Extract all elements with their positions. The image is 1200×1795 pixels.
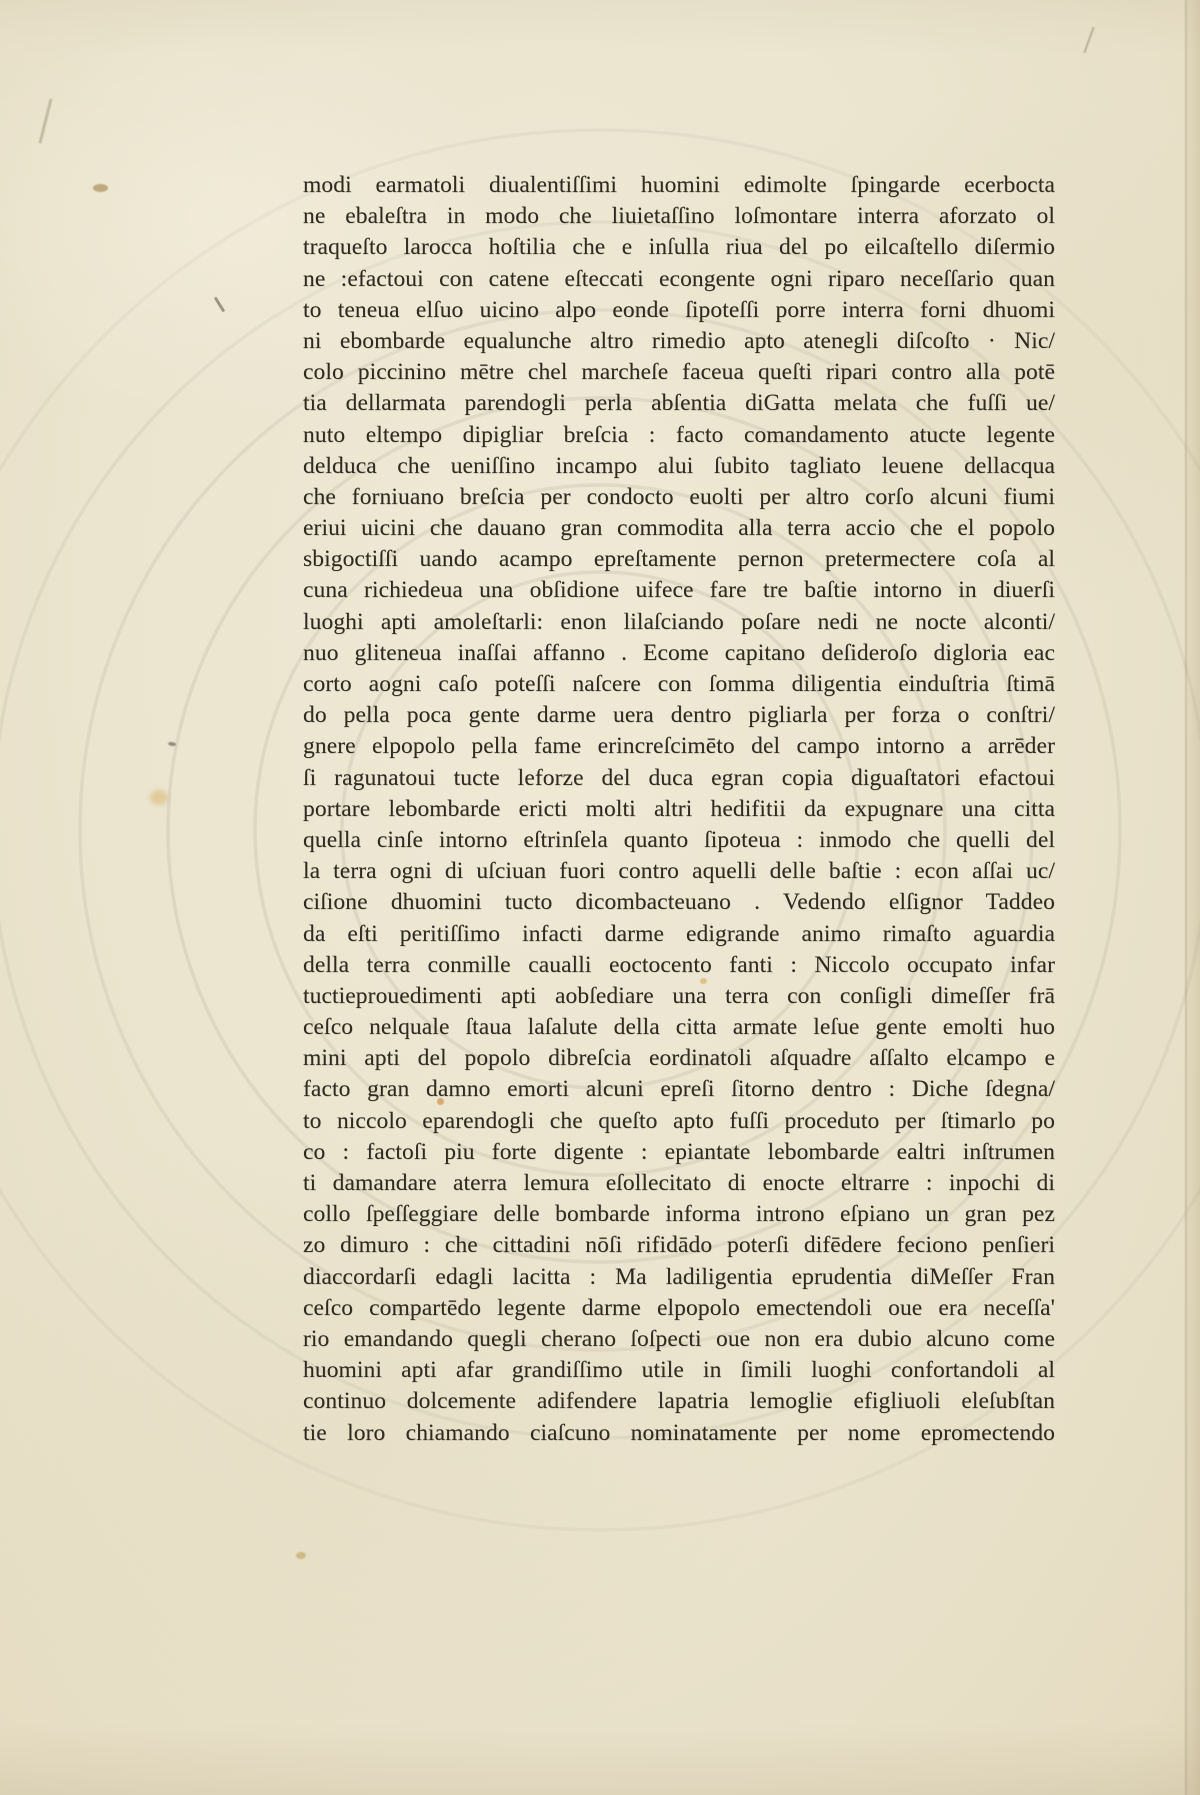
text-line: ceſco compartēdo legente darme elpopolo … — [303, 1293, 1055, 1324]
text-line: to teneua elſuo uicino alpo eonde ſipote… — [303, 295, 1055, 326]
text-line: huomini apti afar grandiſſimo utile in ſ… — [303, 1355, 1055, 1386]
text-line: corto aogni caſo poteſſi naſcere con ſom… — [303, 669, 1055, 700]
text-line: nuo gliteneua inaſſai affanno . Ecome ca… — [303, 638, 1055, 669]
text-line: collo ſpeſſeggiare delle bombarde inform… — [303, 1199, 1055, 1230]
text-line: traqueſto larocca hoſtilia che e inſulla… — [303, 232, 1055, 263]
stain — [1083, 27, 1094, 54]
text-line: delduca che ueniſſino incampo alui ſubit… — [303, 451, 1055, 482]
text-line: continuo dolcemente adifendere lapatria … — [303, 1386, 1055, 1417]
text-line: modi earmatoli diualentiſſimi huomini ed… — [303, 170, 1055, 201]
page-edge-shadow — [1187, 0, 1200, 1795]
text-line: nuto eltempo dipigliar breſcia : facto c… — [303, 420, 1055, 451]
text-line: sbigoctiſſi uando acampo epreſtamente pe… — [303, 544, 1055, 575]
text-line: cuna richiedeua una obſidione uifece far… — [303, 575, 1055, 606]
text-line: quella cinſe intorno eſtrinſela quanto ſ… — [303, 825, 1055, 856]
text-line: la terra ogni di uſciuan fuori contro aq… — [303, 856, 1055, 887]
stain — [93, 184, 108, 192]
text-line: ni ebombarde equalunche altro rimedio ap… — [303, 326, 1055, 357]
text-line: ne ebaleſtra in modo che liuietaſſino lo… — [303, 201, 1055, 232]
stain — [150, 790, 168, 805]
text-line: ſi ragunatoui tucte leforze del duca egr… — [303, 763, 1055, 794]
text-line: co : factoſi piu forte digente : epianta… — [303, 1137, 1055, 1168]
text-line: ceſco nelquale ſtaua laſalute della citt… — [303, 1012, 1055, 1043]
text-line: zo dimuro : che cittadini nōſi rifidādo … — [303, 1230, 1055, 1261]
text-line: tie loro chiamando ciaſcuno nominatament… — [303, 1418, 1055, 1449]
text-line: gnere elpopolo pella fame erincreſcimēto… — [303, 731, 1055, 762]
text-line: luoghi apti amoleſtarli: enon lilaſciand… — [303, 607, 1055, 638]
text-line: do pella poca gente darme uera dentro pi… — [303, 700, 1055, 731]
text-line: da eſti peritiſſimo infacti darme edigra… — [303, 919, 1055, 950]
text-line: colo piccinino mētre chel marcheſe faceu… — [303, 357, 1055, 388]
text-line: ti damandare aterra lemura eſollecitato … — [303, 1168, 1055, 1199]
stain — [168, 741, 176, 746]
text-line: to niccolo eparendogli che queſto apto f… — [303, 1106, 1055, 1137]
text-line: eriui uicini che dauano gran commodita a… — [303, 513, 1055, 544]
text-line: che forniuano breſcia per condocto euolt… — [303, 482, 1055, 513]
text-block: modi earmatoli diualentiſſimi huomini ed… — [303, 170, 1055, 1449]
text-line: facto gran damno emorti alcuni epreſi ſi… — [303, 1074, 1055, 1105]
text-line: ciſione dhuomini tucto dicombacteuano . … — [303, 887, 1055, 918]
book-page: modi earmatoli diualentiſſimi huomini ed… — [0, 0, 1200, 1795]
text-line: portare lebombarde ericti molti altri he… — [303, 794, 1055, 825]
text-line: rio emandando quegli cherano ſoſpecti ou… — [303, 1324, 1055, 1355]
text-line: della terra conmille caualli eoctocento … — [303, 950, 1055, 981]
stain — [214, 296, 226, 312]
text-line: mini apti del popolo dibreſcia eordinato… — [303, 1043, 1055, 1074]
text-line: tuctieprouedimenti apti aobſediare una t… — [303, 981, 1055, 1012]
text-line: ne :efactoui con catene eſteccati econge… — [303, 264, 1055, 295]
text-line: tia dellarmata parendogli perla abſentia… — [303, 388, 1055, 419]
stain — [296, 1552, 306, 1559]
text-line: diaccordarſi edagli lacitta : Ma ladilig… — [303, 1262, 1055, 1293]
stain — [38, 98, 52, 143]
